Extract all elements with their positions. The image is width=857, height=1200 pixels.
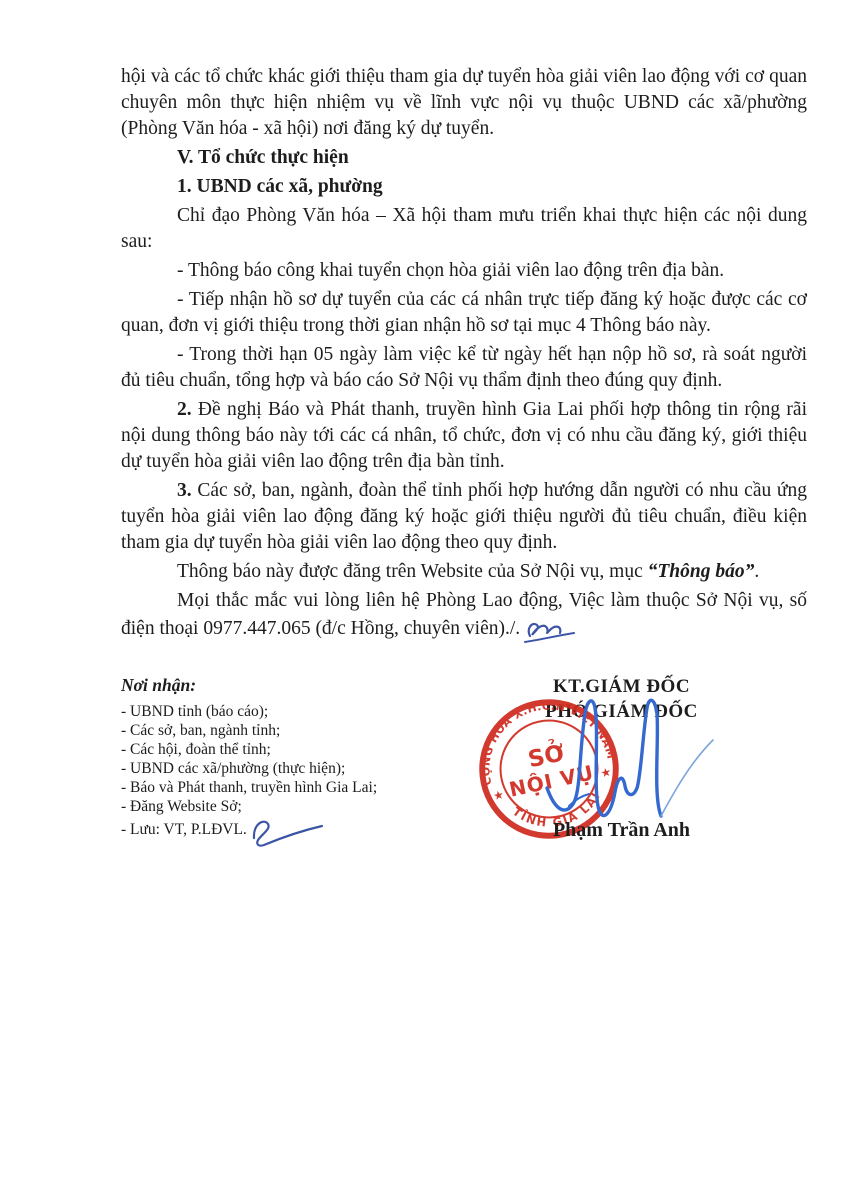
website-tail: . xyxy=(754,561,759,582)
recipients-block: Nơi nhận: - UBND tỉnh (báo cáo); - Các s… xyxy=(121,674,476,850)
document-page: hội và các tổ chức khác giới thiệu tham … xyxy=(0,0,857,1200)
signer-name: Phạm Trần Anh xyxy=(476,819,767,842)
bullet-thong-bao: - Thông báo công khai tuyển chọn hòa giả… xyxy=(121,258,807,284)
paragraph-chidao: Chỉ đạo Phòng Văn hóa – Xã hội tham mưu … xyxy=(121,203,807,255)
recipient-luu-text: - Lưu: VT, P.LĐVL. xyxy=(121,821,247,838)
director-signature xyxy=(535,690,720,840)
contact-text: Mọi thắc mắc vui lòng liên hệ Phòng Lao … xyxy=(121,590,807,639)
signature-block: KT.GIÁM ĐỐC PHÓ GIÁM ĐỐC CỘNG HÒA X.H.C.… xyxy=(476,674,807,850)
seal-star-left-icon: ★ xyxy=(492,787,505,803)
recipient-item: - Đăng Website Sở; xyxy=(121,797,476,816)
section-heading-1: 1. UBND các xã, phường xyxy=(177,174,807,200)
paragraph-item-3: 3. Các sở, ban, ngành, đoàn thể tỉnh phố… xyxy=(121,478,807,556)
item-2-text: Đề nghị Báo và Phát thanh, truyền hình G… xyxy=(121,399,807,472)
paragraph-intro: hội và các tổ chức khác giới thiệu tham … xyxy=(121,64,807,142)
item-3-text: Các sở, ban, ngành, đoàn thể tỉnh phối h… xyxy=(121,480,807,553)
recipient-item: - Các hội, đoàn thể tỉnh; xyxy=(121,740,476,759)
item-3-number: 3. xyxy=(177,480,192,501)
paragraph-contact: Mọi thắc mắc vui lòng liên hệ Phòng Lao … xyxy=(121,588,807,648)
recipient-item: - UBND các xã/phường (thực hiện); xyxy=(121,759,476,778)
seal-area: CỘNG HÒA X.H.C.N VIỆT NAM TỈNH GIA LAI ★… xyxy=(476,724,767,819)
paragraph-item-2: 2. Đề nghị Báo và Phát thanh, truyền hìn… xyxy=(121,397,807,475)
website-text: Thông báo này được đăng trên Website của… xyxy=(177,561,648,582)
bullet-thoi-han: - Trong thời hạn 05 ngày làm việc kể từ … xyxy=(121,342,807,394)
recipient-item: - Các sở, ban, ngành tỉnh; xyxy=(121,721,476,740)
website-emphasis: “Thông báo” xyxy=(648,561,755,582)
clerk-initials-icon xyxy=(248,816,328,850)
section-heading-v: V. Tổ chức thực hiện xyxy=(177,145,807,171)
recipient-item: - UBND tỉnh (báo cáo); xyxy=(121,702,476,721)
document-footer: Nơi nhận: - UBND tỉnh (báo cáo); - Các s… xyxy=(121,674,807,850)
bullet-tiep-nhan: - Tiếp nhận hồ sơ dự tuyển của các cá nh… xyxy=(121,287,807,339)
recipient-item-luu: - Lưu: VT, P.LĐVL. xyxy=(121,816,476,850)
paragraph-website: Thông báo này được đăng trên Website của… xyxy=(121,559,807,585)
item-2-number: 2. xyxy=(177,399,192,420)
recipient-item: - Báo và Phát thanh, truyền hình Gia Lai… xyxy=(121,778,476,797)
initial-signature-icon xyxy=(522,614,580,648)
recipients-title: Nơi nhận: xyxy=(121,674,476,696)
